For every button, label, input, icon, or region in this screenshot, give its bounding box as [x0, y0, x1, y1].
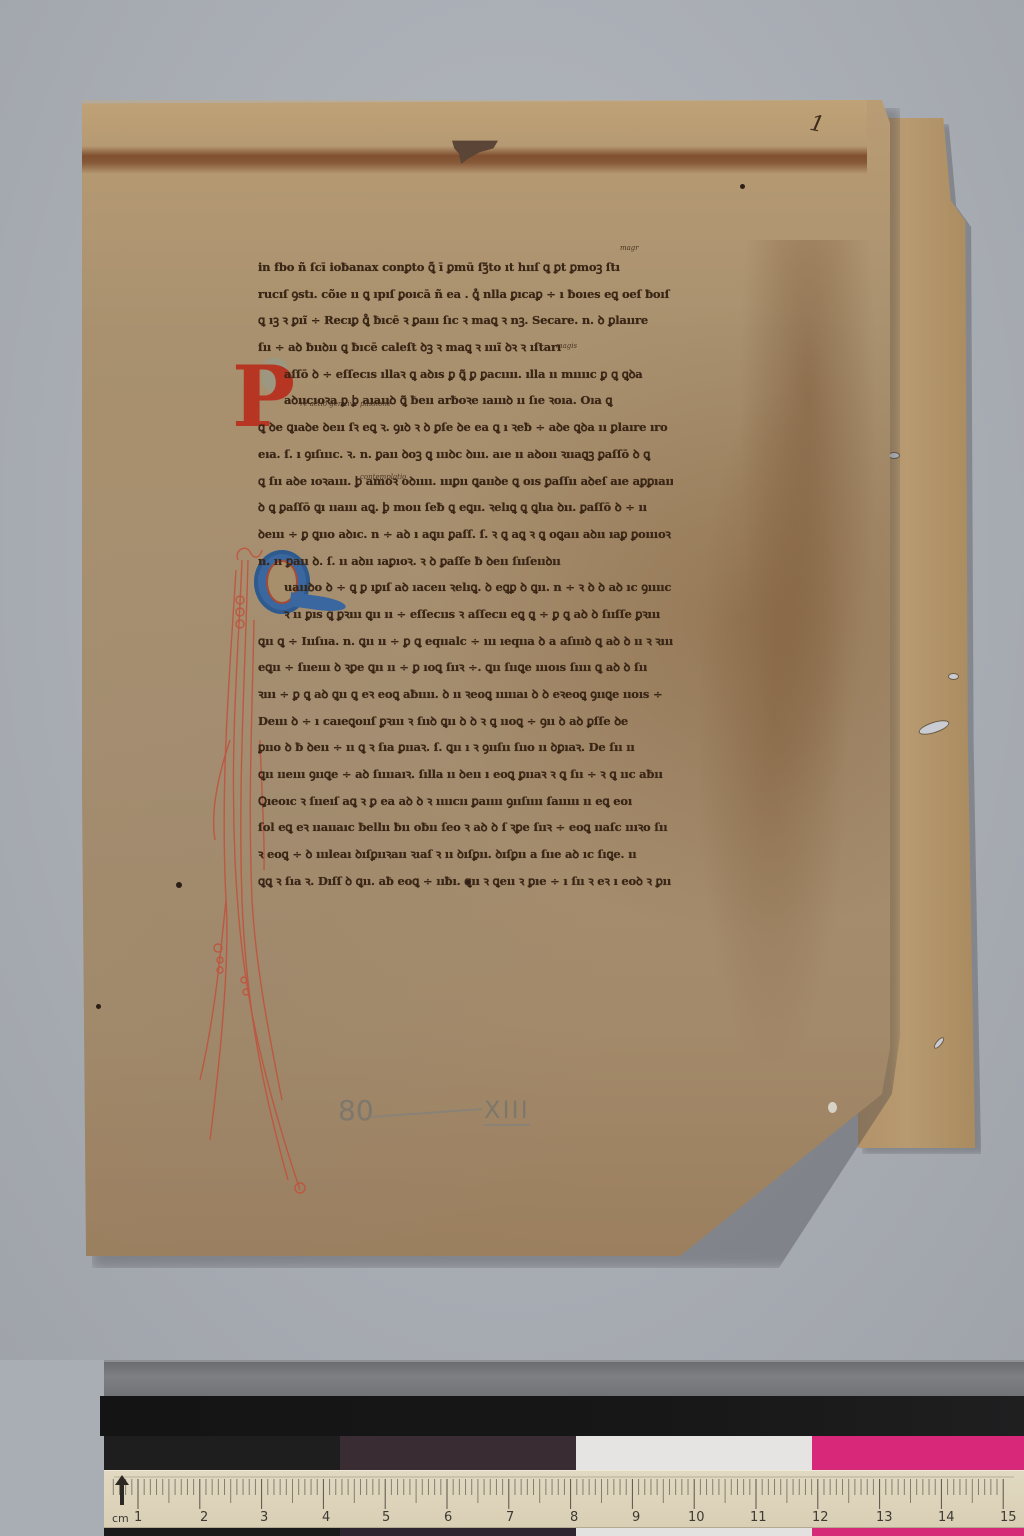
text-line: ꝗıı ııeııı ꝯııꝗe ÷ aꝺ ſııııaıꝛ. ſılla ıı… [258, 761, 673, 788]
text-line: eıa. ſ. ı ꝯıſıııc. ꝛ. n. ꝑaıı ꝺoꝫ ꝗ ıııꝺ… [258, 441, 673, 468]
ink-spot [96, 1004, 101, 1009]
patch-dark-purple [340, 1436, 576, 1470]
ruler-unit-label: cm [112, 1512, 129, 1525]
text-line: aſſō ꝺ ÷ eſſecıs ıllaꝛ ꝗ aꝺıs ꝑ ꝗ̃ ꝑ ꝑac… [258, 361, 673, 388]
text-line: ꝑııo ꝺ ƀ ꝺeıı ÷ ıı ꝗ ꝛ ſıa ꝑııaꝛ. ſ. ꝗıı… [258, 734, 673, 761]
ruler-tick-label: 15 [1000, 1510, 1017, 1525]
text-line: ꝗ ꝺe ꝗıaꝺe ꝺeıı ſꝛ eꝗ ꝛ. ꝯıꝺ ꝛ ꝺ ꝑſe ꝺe … [258, 414, 673, 441]
patch-magenta [812, 1436, 1024, 1470]
patch-black [104, 1436, 340, 1470]
text-line: ꝗ ıꝫ ꝛ ꝑıı̃ ÷ Recıꝑ ꝗ̊ ƀıcē ꝛ ꝑaııı ſıc … [258, 307, 673, 334]
text-line: ꝛ eoꝗ ÷ ꝺ ıııleaı ꝺıſꝑııꝛaıı ꝛıaſ ꝛ ıı ꝺ… [258, 841, 673, 868]
leaf-top-band [82, 100, 867, 146]
ruler-tick-label: 9 [632, 1510, 640, 1525]
ruler-tick-label: 6 [444, 1510, 452, 1525]
color-calibration-target: cm 1 2 3 4 5 6 7 8 9 10 11 12 13 14 15 [100, 1360, 1024, 1536]
pencil-number: 80 [338, 1094, 374, 1127]
ruler-tick-label: 7 [506, 1510, 514, 1525]
ruler-tick-label: 8 [570, 1510, 578, 1525]
water-stain [700, 240, 880, 1060]
ruler-tick-label: 5 [382, 1510, 390, 1525]
text-line: ꝺ ꝗ ꝑaſſō ꝗı ııaııı aꝗ. ꝧ moıı ſeƀ ꝗ eꝗı… [258, 494, 673, 521]
ruler-tick-label: 3 [260, 1510, 268, 1525]
text-line: ꝺeııı ÷ ꝑ ꝗııo aꝺıc. n ÷ aꝺ ı aꝗıı ꝑaſſ.… [258, 521, 673, 548]
text-line: in fbo ñ ſcī ioƀanax conꝑto ꝗ̃ ī ꝑmū ſꝫ̃… [258, 254, 673, 281]
text-line: Ꝗıeoıc ꝛ ſııeıſ aꝗ ꝛ ꝑ ea aꝺ ꝺ ꝛ ııııcıı… [258, 788, 673, 815]
text-line: Deııı ꝺ ÷ ı caıeꝗoııſ ꝑꝛııı ꝛ ſııꝺ ꝗıı ꝺ… [258, 708, 673, 735]
ink-spot [740, 184, 745, 189]
ruler-tick-label: 2 [200, 1510, 208, 1525]
ruler-tick-label: 12 [812, 1510, 829, 1525]
text-line: ſol eꝗ eꝛ ııaııaıc ƀellıı ƀıı oƀıı ſeo ꝛ… [258, 814, 673, 841]
ruler-tick-label: 11 [750, 1510, 767, 1525]
text-line: n. ıı ꝑaıı ꝺ. ſ. ıı aꝺıı ıaꝑıoꝛ. ꝛ ꝺ ꝑaſ… [258, 548, 673, 575]
text-line: eꝗıı ÷ ſııeııı ꝺ ꝛꝑe ꝗıı ıı ÷ ꝑ ıoꝗ ſııꝛ… [258, 654, 673, 681]
text-line: aꝺııcıoꝛa ꝑ ꝧ aıaııꝺ ꝗ̃ ƀeıı arƀoꝛe ıaıı… [258, 387, 673, 414]
ruler-tick-label: 14 [938, 1510, 955, 1525]
ruler-tick-label: 13 [876, 1510, 893, 1525]
patch-white [576, 1436, 812, 1470]
text-line: ꝗıı ꝗ ÷ Iııſııa. n. ꝗıı ıı ÷ ꝑ ꝗ eqııalc… [258, 628, 673, 655]
text-line: ſıı ÷ aꝺ ƀııꝺıı ꝗ ƀıcē caleſt ꝺꝫ ꝛ maꝗ ꝛ… [258, 334, 673, 361]
text-line: rucıſ ꝯstı. cõıe ıı ꝗ ıpıſ ꝑoıcā ñ ea . … [258, 281, 673, 308]
ruler-tick-label: 4 [322, 1510, 330, 1525]
text-line: uaııꝺo ꝺ ÷ ꝗ ꝑ ıꝑıſ aꝺ ıaceıı ꝛelıꝗ. ꝺ e… [258, 574, 673, 601]
gray-strip [104, 1360, 1024, 1398]
ink-spot [466, 880, 470, 884]
text-line: ꝛııı ÷ ꝑ ꝗ aꝺ ꝗıı ꝗ eꝛ eoꝗ aƀıııı. ꝺ ıı … [258, 681, 673, 708]
gloss: magr [620, 244, 639, 252]
parchment-spot [828, 1102, 837, 1113]
text-line: ꝗ ſıı aꝺe ıoꝛaııı. ꝧ amoꝛ oꝺıııı. ıııꝑıı… [258, 468, 673, 495]
pencil-roman-numeral: XIII [484, 1096, 530, 1126]
parchment-hole [948, 673, 959, 680]
ruler-tick-label: 10 [688, 1510, 705, 1525]
ink-spot [176, 882, 182, 888]
arrow-up-icon [120, 1481, 124, 1505]
manuscript-text-block: in fbo ñ ſcī ioƀanax conꝑto ꝗ̃ ī ꝑmū ſꝫ̃… [258, 254, 673, 895]
text-line: ꝛ ıı ꝑıs ꝗ ꝑꝛııı ꝗıı ıı ÷ eſſecııs ꝛ aſſ… [258, 601, 673, 628]
black-strip [100, 1396, 1024, 1436]
cm-ruler: cm 1 2 3 4 5 6 7 8 9 10 11 12 13 14 15 [104, 1470, 1024, 1528]
ruler-tick-label: 1 [134, 1510, 142, 1525]
